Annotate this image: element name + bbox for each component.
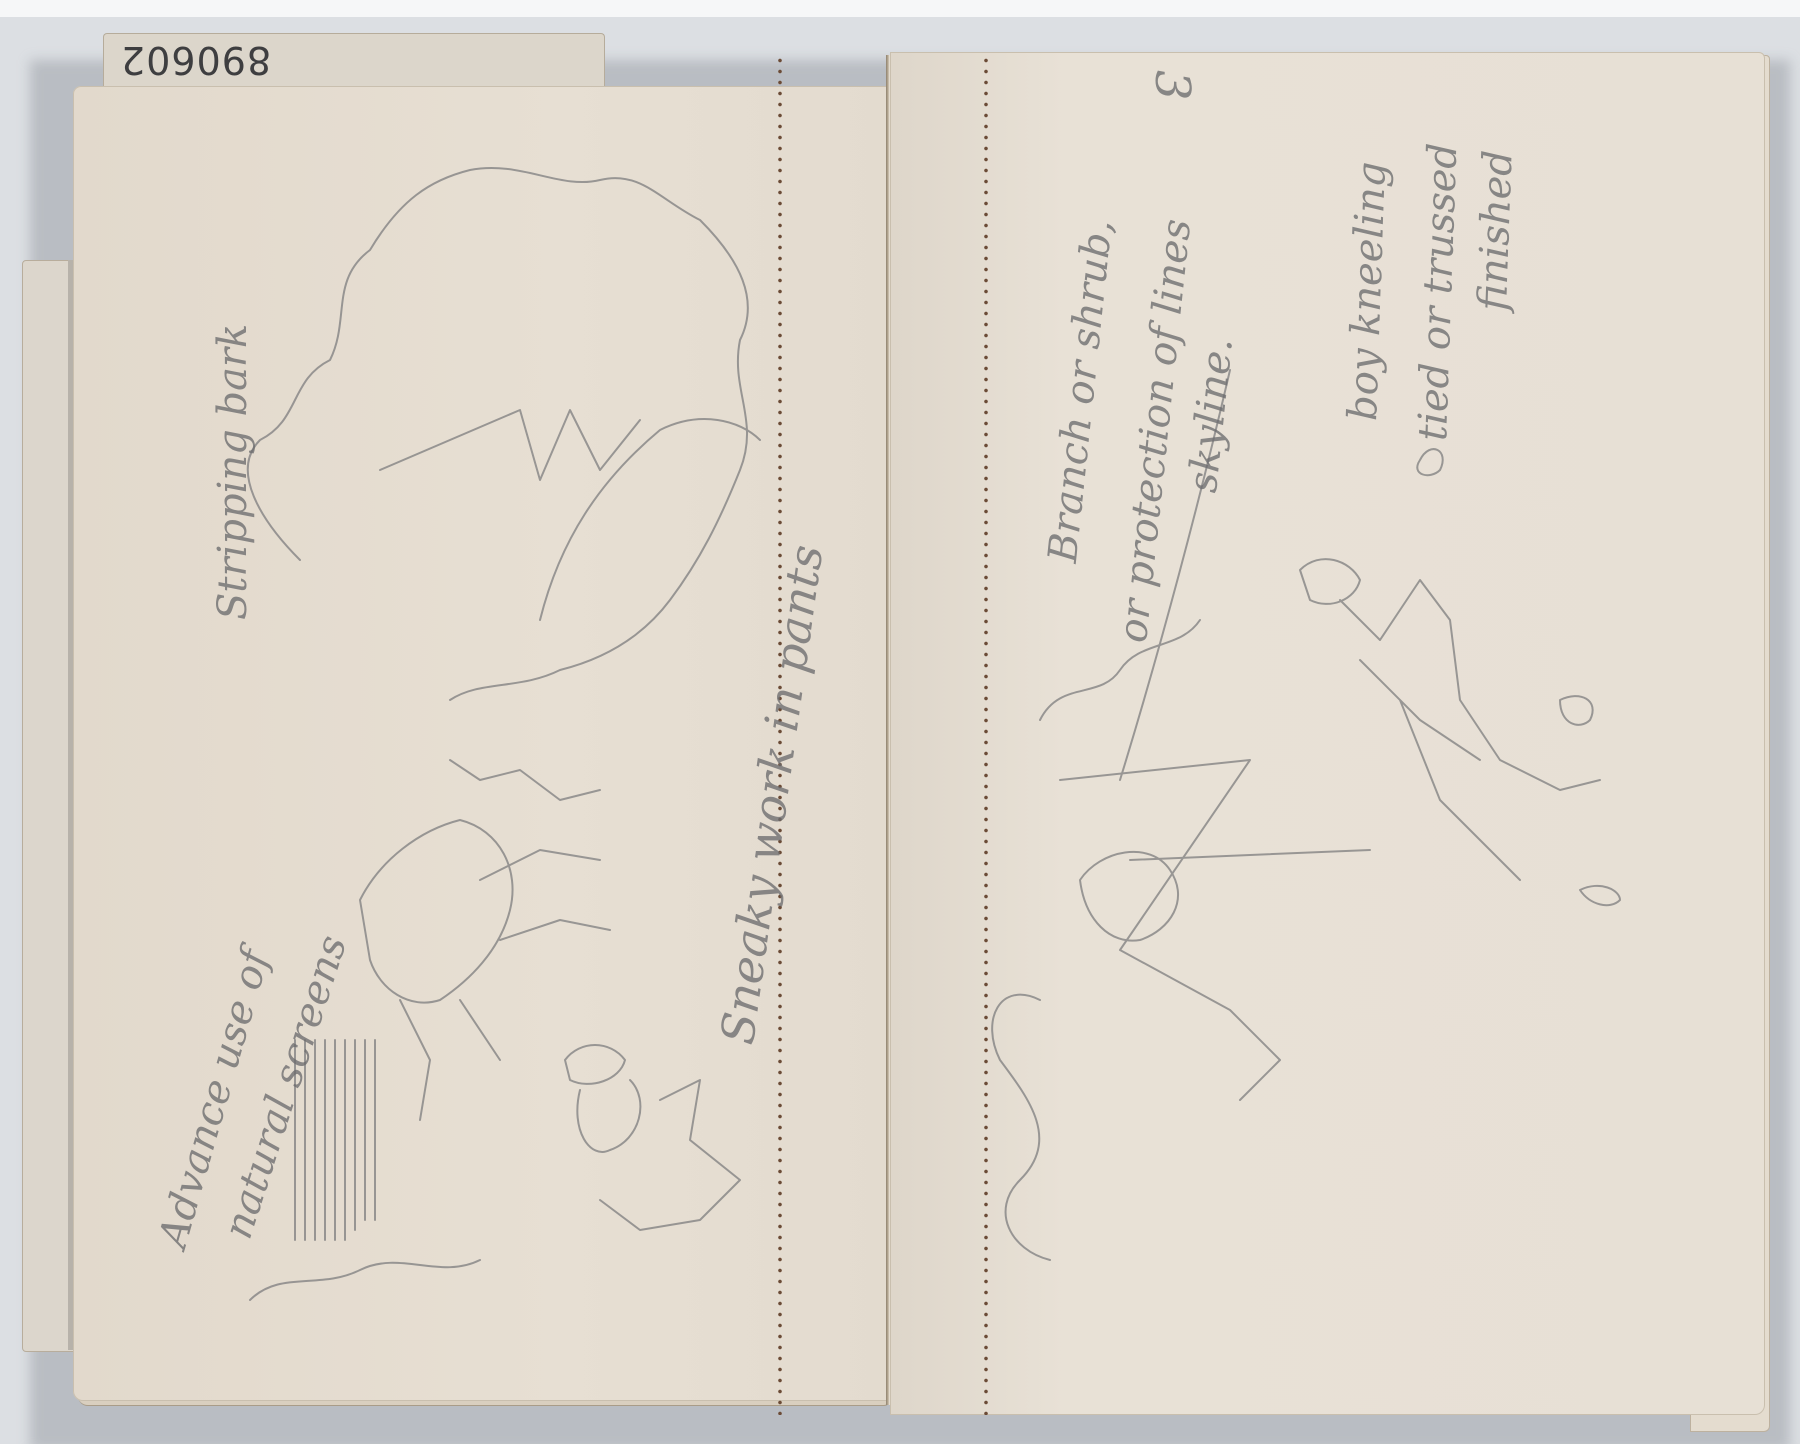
kneeling-figure-sketch [1300,559,1360,604]
note-boy-kneeling: boy kneeling [1340,161,1395,422]
note-finished: finished [1470,149,1522,311]
figure-with-hat-sketch [565,1045,640,1152]
tree-canopy-sketch [248,168,748,700]
page-number: 3 [1144,70,1200,101]
pencil-sketches [0,0,1800,1444]
soldier-group-sketch [360,820,513,1003]
crouching-soldier-sketch [1080,852,1178,941]
note-stripping-bark: Stripping bark [210,324,256,620]
